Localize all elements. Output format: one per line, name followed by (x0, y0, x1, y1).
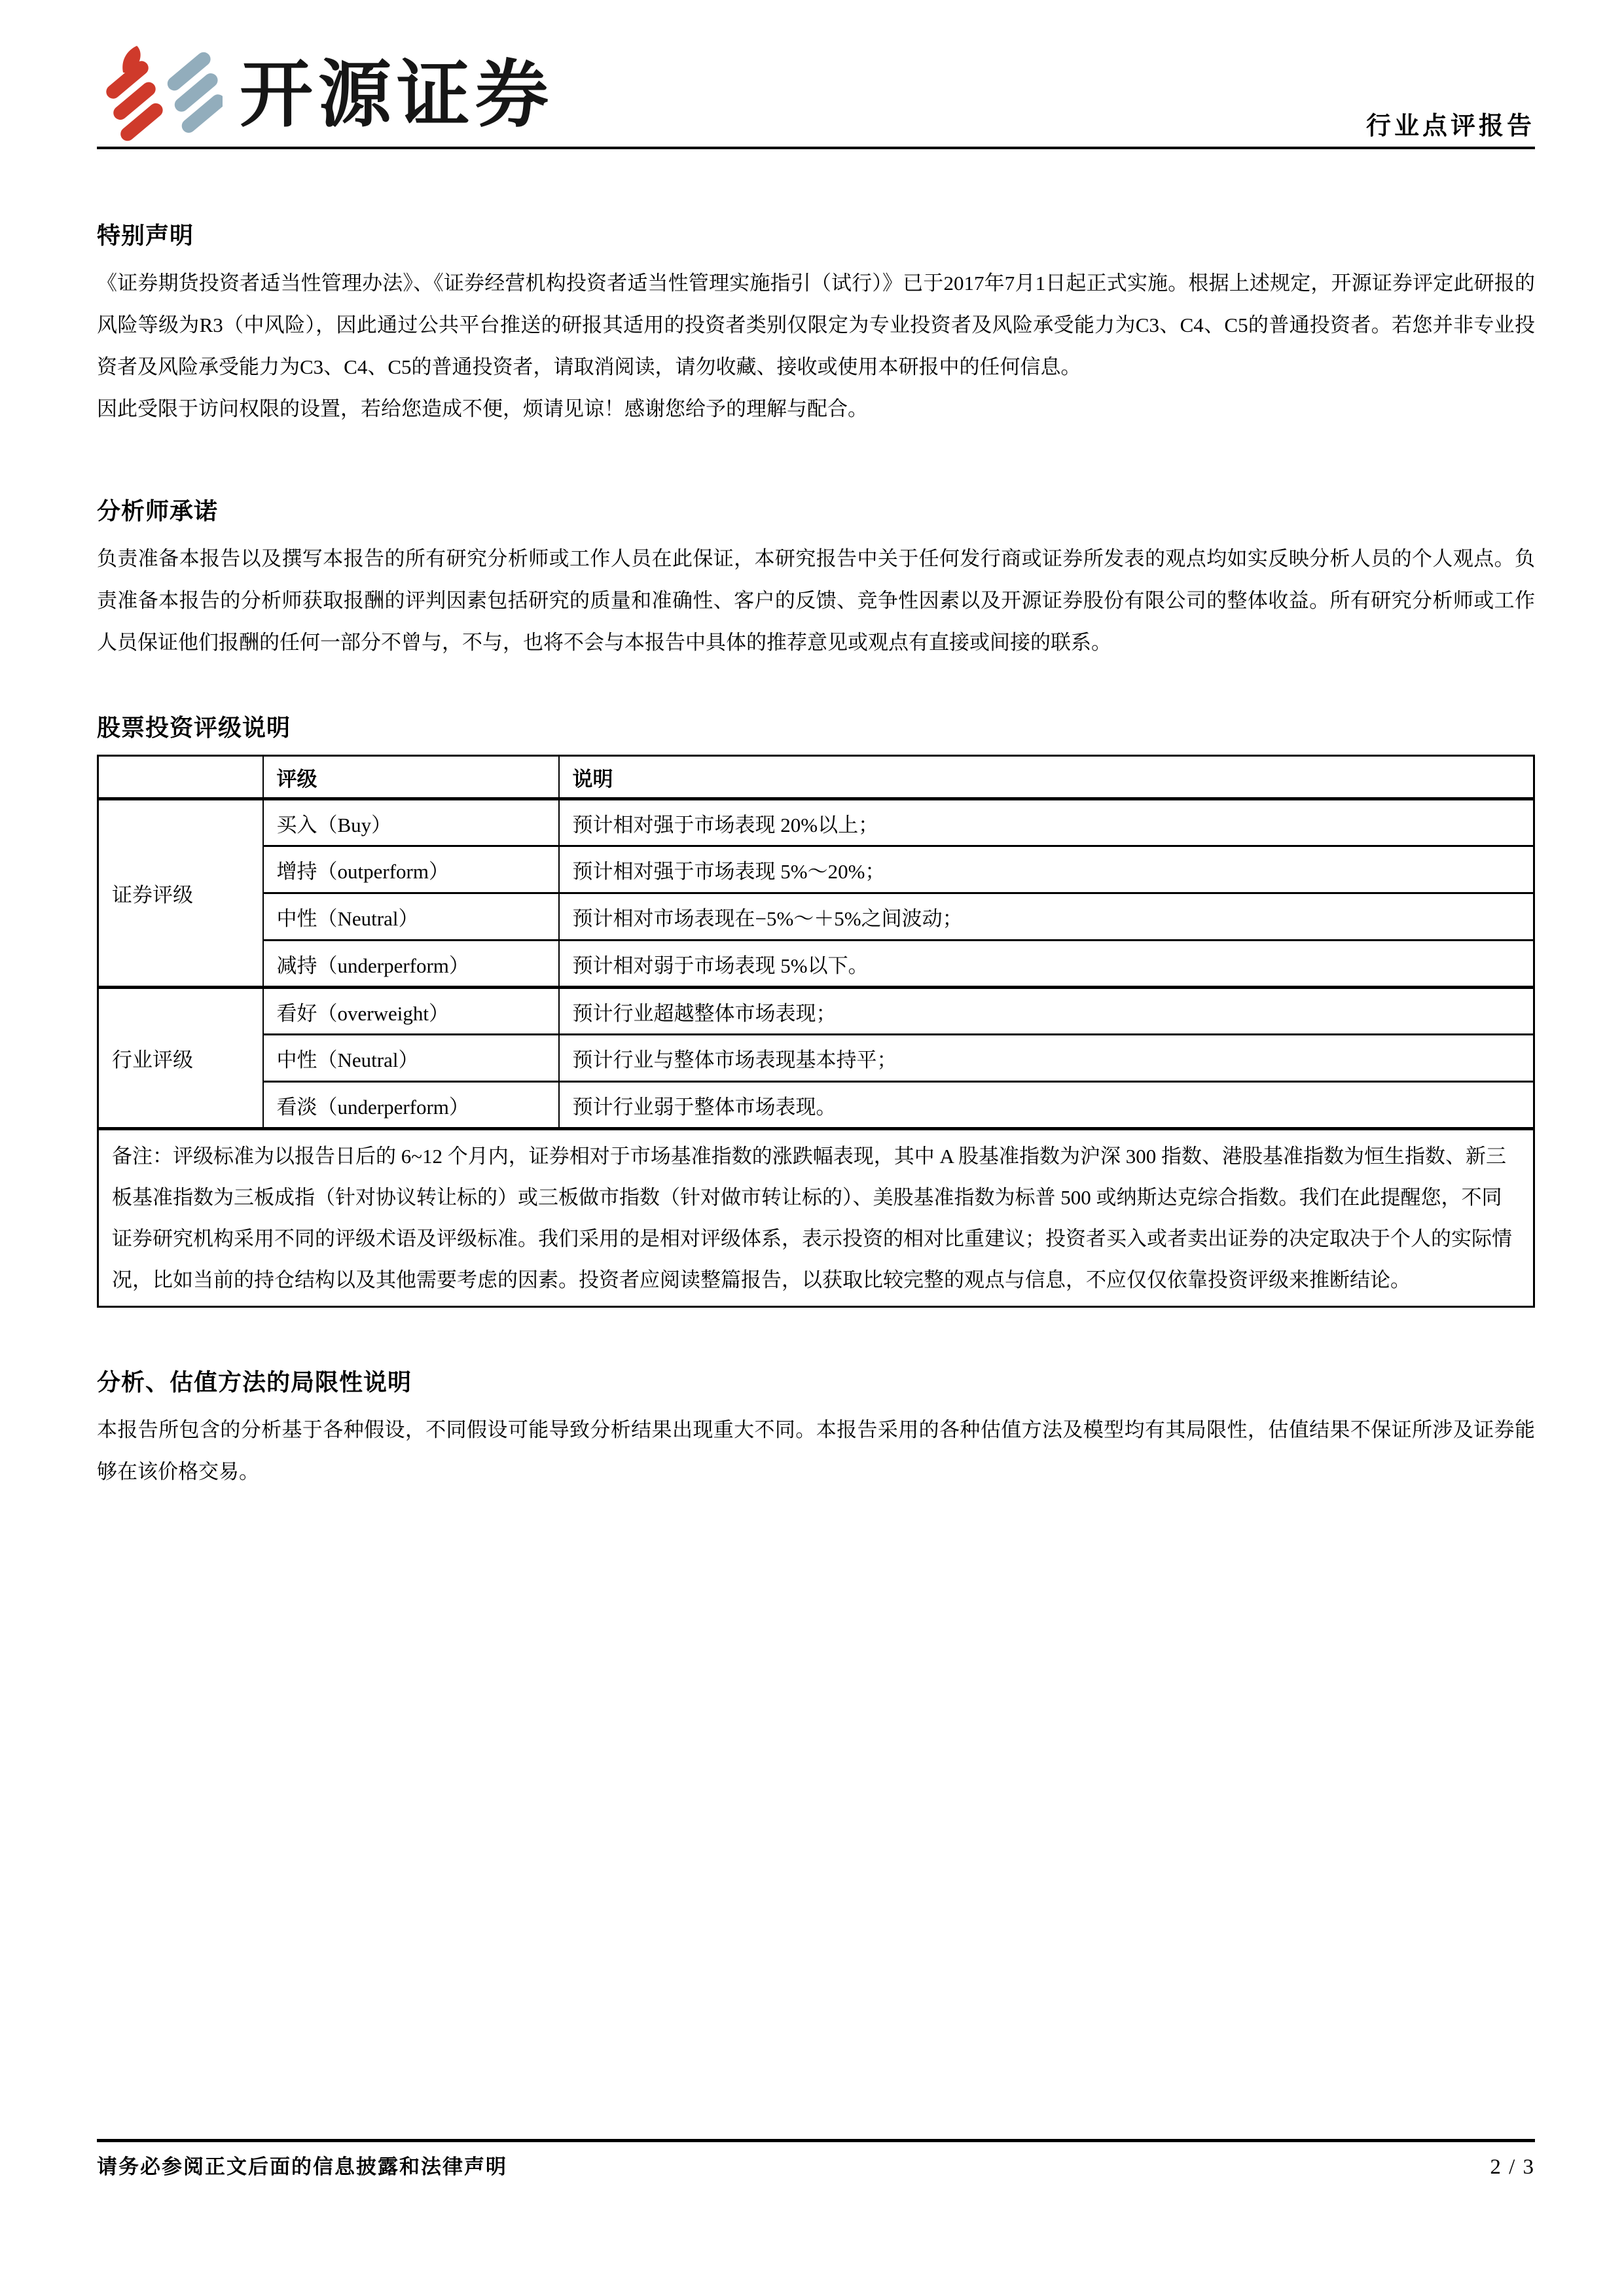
section-analyst-commitment: 分析师承诺 负责准备本报告以及撰写本报告的所有研究分析师或工作人员在此保证，本研… (97, 493, 1535, 664)
description-cell: 预计行业与整体市场表现基本持平； (559, 1035, 1534, 1082)
rating-cell: 中性（Neutral） (263, 1035, 559, 1082)
table-note-row: 备注：评级标准为以报告日后的 6~12 个月内，证券相对于市场基准指数的涨跌幅表… (98, 1129, 1534, 1307)
table-row: 增持（outperform） 预计相对强于市场表现 5%～20%； (98, 846, 1534, 893)
special-statement-paragraph: 《证券期货投资者适当性管理办法》、《证券经营机构投资者适当性管理实施指引（试行）… (97, 262, 1535, 388)
rating-cell: 买入（Buy） (263, 799, 559, 846)
description-cell: 预计相对强于市场表现 5%～20%； (559, 846, 1534, 893)
page-content: 开源证券 行业点评报告 特别声明 《证券期货投资者适当性管理办法》、《证券经营机… (0, 0, 1624, 1493)
section-valuation-limitation: 分析、估值方法的局限性说明 本报告所包含的分析基于各种假设，不同假设可能导致分析… (97, 1364, 1535, 1493)
special-statement-paragraph: 因此受限于访问权限的设置，若给您造成不便，烦请见谅！感谢您给予的理解与配合。 (97, 388, 1535, 430)
rating-cell: 中性（Neutral） (263, 893, 559, 941)
header-cell-empty (98, 756, 263, 799)
group-cell-securities: 证券评级 (98, 799, 263, 988)
rating-cell: 增持（outperform） (263, 846, 559, 893)
header-cell-rating: 评级 (263, 756, 559, 799)
rating-cell: 看好（overweight） (263, 988, 559, 1035)
company-logo: 开源证券 (97, 46, 554, 144)
table-row: 证券评级 买入（Buy） 预计相对强于市场表现 20%以上； (98, 799, 1534, 846)
header-cell-description: 说明 (559, 756, 1534, 799)
page-footer: 请务必参阅正文后面的信息披露和法律声明 2 / 3 (97, 2139, 1535, 2179)
table-row: 减持（underperform） 预计相对弱于市场表现 5%以下。 (98, 941, 1534, 988)
table-row: 中性（Neutral） 预计相对市场表现在−5%～＋5%之间波动； (98, 893, 1534, 941)
logo-mark-blue-wing (153, 49, 223, 135)
note-cell: 备注：评级标准为以报告日后的 6~12 个月内，证券相对于市场基准指数的涨跌幅表… (98, 1129, 1534, 1307)
brand-name: 开源证券 (240, 58, 554, 132)
table-row: 行业评级 看好（overweight） 预计行业超越整体市场表现； (98, 988, 1534, 1035)
valuation-limitation-paragraph: 本报告所包含的分析基于各种假设，不同假设可能导致分析结果出现重大不同。本报告采用… (97, 1409, 1535, 1493)
description-cell: 预计行业弱于整体市场表现。 (559, 1082, 1534, 1129)
table-row: 中性（Neutral） 预计行业与整体市场表现基本持平； (98, 1035, 1534, 1082)
description-cell: 预计相对市场表现在−5%～＋5%之间波动； (559, 893, 1534, 941)
analyst-commitment-title: 分析师承诺 (97, 493, 1535, 526)
report-type-label: 行业点评报告 (1366, 105, 1535, 144)
group-cell-industry: 行业评级 (98, 988, 263, 1129)
report-page: 开源证券 行业点评报告 特别声明 《证券期货投资者适当性管理办法》、《证券经营机… (0, 0, 1624, 2296)
rating-table: 评级 说明 证券评级 买入（Buy） 预计相对强于市场表现 20%以上； 增持（… (97, 755, 1535, 1308)
description-cell: 预计行业超越整体市场表现； (559, 988, 1534, 1035)
valuation-limitation-title: 分析、估值方法的局限性说明 (97, 1364, 1535, 1397)
page-number: 2 / 3 (1490, 2155, 1535, 2179)
rating-table-header-row: 评级 说明 (98, 756, 1534, 799)
section-rating-description: 股票投资评级说明 评级 说明 证券评级 买入（Buy） (97, 709, 1535, 1308)
section-special-statement: 特别声明 《证券期货投资者适当性管理办法》、《证券经营机构投资者适当性管理实施指… (97, 217, 1535, 430)
logo-mark-icon (97, 46, 223, 144)
rating-cell: 看淡（underperform） (263, 1082, 559, 1129)
special-statement-title: 特别声明 (97, 217, 1535, 251)
table-row: 看淡（underperform） 预计行业弱于整体市场表现。 (98, 1082, 1534, 1129)
analyst-commitment-paragraph: 负责准备本报告以及撰写本报告的所有研究分析师或工作人员在此保证，本研究报告中关于… (97, 538, 1535, 664)
footer-disclaimer: 请务必参阅正文后面的信息披露和法律声明 (97, 2150, 507, 2179)
masthead: 开源证券 行业点评报告 (97, 0, 1535, 149)
description-cell: 预计相对弱于市场表现 5%以下。 (559, 941, 1534, 988)
rating-cell: 减持（underperform） (263, 941, 559, 988)
rating-description-title: 股票投资评级说明 (97, 709, 1535, 743)
description-cell: 预计相对强于市场表现 20%以上； (559, 799, 1534, 846)
logo-mark-red-wing (97, 46, 178, 144)
